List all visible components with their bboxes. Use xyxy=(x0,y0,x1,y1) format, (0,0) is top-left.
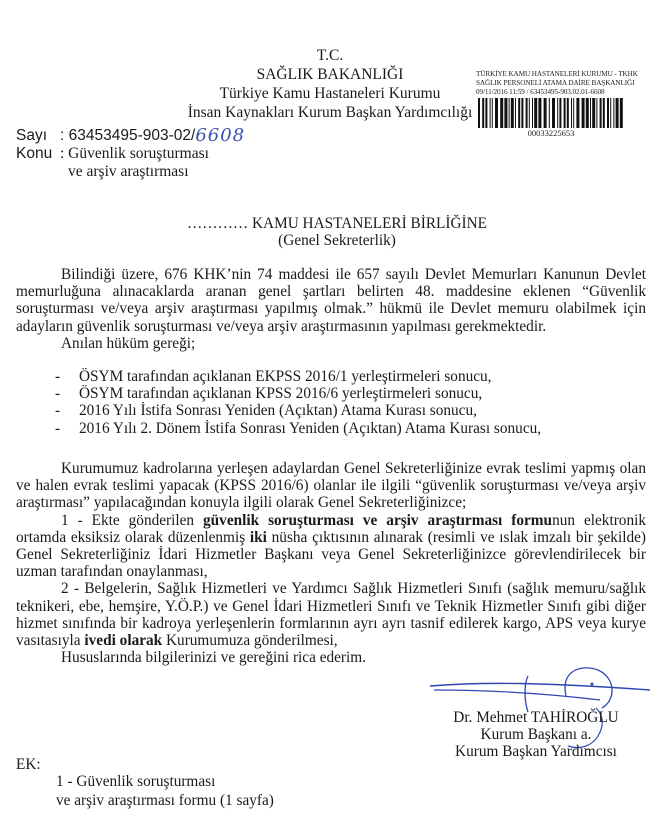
letterhead-tc: T.C. xyxy=(180,46,480,65)
letterhead-department: İnsan Kaynakları Kurum Başkan Yardımcılı… xyxy=(180,103,480,122)
attachments-list: 1 - Güvenlik soruşturması ve arşiv araşt… xyxy=(56,772,274,810)
konu-value: : Güvenlik soruşturması xyxy=(60,145,209,163)
item2-bold-urgent: ivedi olarak xyxy=(84,632,162,649)
sayi-row: Sayı : 63453495-903-02/ 6608 xyxy=(16,127,245,145)
barcode-institution: TÜRKİYE KAMU HASTANELERİ KURUMU - TKHK xyxy=(476,70,658,79)
signatory-title-1: Kurum Başkanı a. xyxy=(436,726,636,743)
instruction-item-2: 2 - Belgelerin, Sağlık Hizmetleri ve Yar… xyxy=(16,580,646,649)
konu-label: Konu xyxy=(16,145,60,163)
letterhead-institution: Türkiye Kamu Hastaneleri Kurumu xyxy=(180,84,480,103)
addressee-line: ………… KAMU HASTANELERİ BİRLİĞİNE xyxy=(172,215,502,232)
addressee-sub: (Genel Sekreterlik) xyxy=(172,232,502,249)
dash-icon: - xyxy=(55,368,79,385)
signatory-name: Dr. Mehmet TAHİROĞLU xyxy=(436,709,636,726)
letterhead-ministry: SAĞLIK BAKANLIĞI xyxy=(180,65,480,84)
attachments-label: EK: xyxy=(16,756,41,774)
letterhead: T.C. SAĞLIK BAKANLIĞI Türkiye Kamu Hasta… xyxy=(180,46,480,122)
paragraph-context: Kurumumuz kadrolarına yerleşen adaylarda… xyxy=(16,460,646,512)
paragraph-intro: Bilindiği üzere, 676 KHK’nin 74 maddesi … xyxy=(16,266,646,335)
dash-icon: - xyxy=(55,420,79,437)
konu-row: Konu : Güvenlik soruşturması xyxy=(16,145,245,163)
sayi-label: Sayı xyxy=(16,127,60,145)
sayi-handwritten: 6608 xyxy=(195,127,245,145)
document-meta: Sayı : 63453495-903-02/ 6608 Konu : Güve… xyxy=(16,127,245,181)
item1-bold-form: güvenlik soruşturması ve arşiv araştırma… xyxy=(203,512,552,529)
barcode-department: SAĞLIK PERSONELİ ATAMA DAİRE BAŞKANLIĞI xyxy=(476,79,658,88)
konu-row-2: ve arşiv araştırması xyxy=(16,163,245,181)
barcode-icon xyxy=(476,98,626,128)
sayi-value: : 63453495-903-02/ xyxy=(60,127,195,145)
bullet-text: 2016 Yılı 2. Dönem İstifa Sonrası Yenide… xyxy=(79,420,541,437)
dash-icon: - xyxy=(55,402,79,419)
signature-block: Dr. Mehmet TAHİROĞLU Kurum Başkanı a. Ku… xyxy=(436,709,636,760)
attachment-item-line1: 1 - Güvenlik soruşturması xyxy=(56,772,274,791)
barcode-stamp: TÜRKİYE KAMU HASTANELERİ KURUMU - TKHK S… xyxy=(476,70,658,138)
attachment-item-line2: ve arşiv araştırması formu (1 sayfa) xyxy=(56,791,274,810)
paragraph-reference: Anılan hüküm gereği; xyxy=(16,335,646,352)
item1-text-a: 1 - Ekte gönderilen xyxy=(61,512,203,529)
signatory-title-2: Kurum Başkan Yardımcısı xyxy=(436,743,636,760)
konu-value-2: ve arşiv araştırması xyxy=(60,163,189,181)
item2-text-b: Kurumumuza gönderilmesi, xyxy=(162,632,337,649)
item1-bold-copies: iki xyxy=(250,529,267,546)
addressee: ………… KAMU HASTANELERİ BİRLİĞİNE (Genel S… xyxy=(172,215,502,249)
bullet-item: -ÖSYM tarafından açıklanan KPSS 2016/6 y… xyxy=(55,385,541,402)
body-paragraph-2: Kurumumuz kadrolarına yerleşen adaylarda… xyxy=(16,460,646,666)
konu-spacer xyxy=(16,163,60,181)
bullet-item: -2016 Yılı İstifa Sonrası Yeniden (Açıkt… xyxy=(55,402,541,419)
bullet-text: 2016 Yılı İstifa Sonrası Yeniden (Açıkta… xyxy=(79,402,477,419)
dash-icon: - xyxy=(55,385,79,402)
bullet-text: ÖSYM tarafından açıklanan KPSS 2016/6 ye… xyxy=(79,385,482,402)
bullet-item: -2016 Yılı 2. Dönem İstifa Sonrası Yenid… xyxy=(55,420,541,437)
bullet-list: -ÖSYM tarafından açıklanan EKPSS 2016/1 … xyxy=(55,368,541,437)
bullet-text: ÖSYM tarafından açıklanan EKPSS 2016/1 y… xyxy=(79,368,492,385)
barcode-timestamp: 09/11/2016 11:59 / 63453495-903.02.01-66… xyxy=(476,88,658,97)
barcode-number: 00033225653 xyxy=(476,128,626,138)
instruction-item-1: 1 - Ekte gönderilen güvenlik soruşturmas… xyxy=(16,512,646,581)
bullet-item: -ÖSYM tarafından açıklanan EKPSS 2016/1 … xyxy=(55,368,541,385)
body-paragraph-1: Bilindiği üzere, 676 KHK’nin 74 maddesi … xyxy=(16,266,646,352)
